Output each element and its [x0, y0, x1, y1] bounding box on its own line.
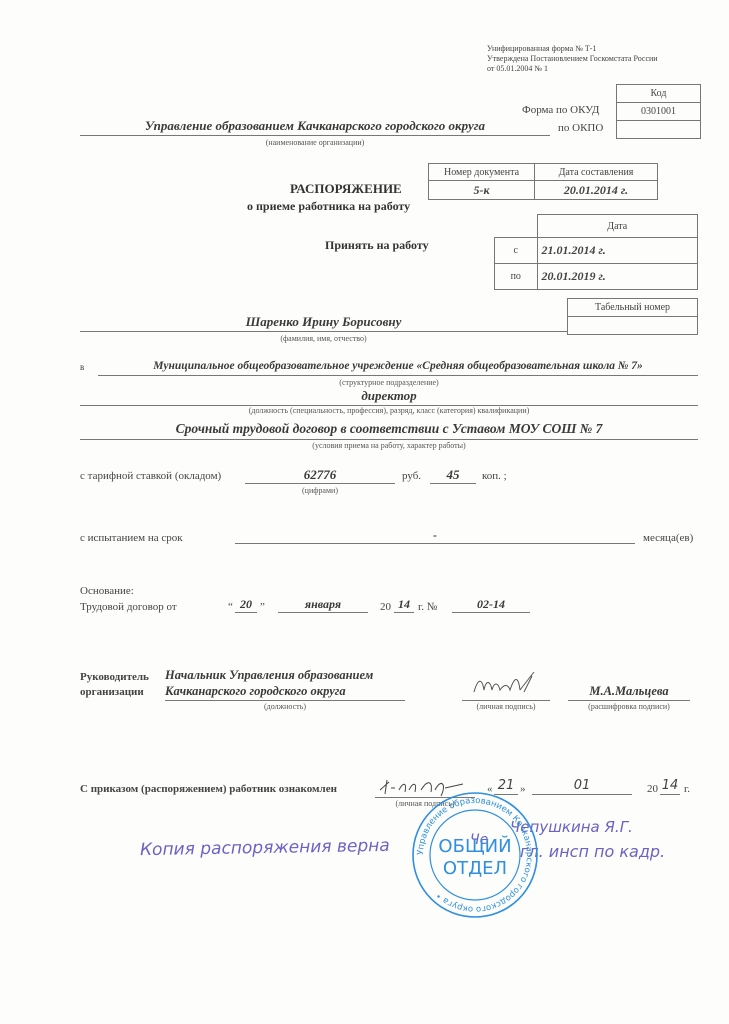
salary-caption: (цифрами): [245, 486, 395, 495]
manager-signature: [462, 684, 550, 701]
doc-date-header: Дата составления: [535, 164, 658, 181]
hire-date-header: Дата: [537, 215, 698, 238]
basis-year: 14: [394, 597, 414, 613]
hire-from-date: 21.01.2014 г.: [537, 238, 698, 264]
hire-dates-table: Дата с 21.01.2014 г. по 20.01.2019 г.: [494, 214, 698, 290]
tab-number-value: [568, 317, 698, 335]
salary-rub-label: руб.: [402, 470, 421, 482]
hire-to-date: 20.01.2019 г.: [537, 264, 698, 290]
stamp: Управление образованием Качканарского го…: [410, 790, 540, 920]
doc-date: 20.01.2014 г.: [535, 181, 658, 200]
form-info: Унифицированная форма № Т-1 Утверждена П…: [487, 44, 658, 74]
handwritten-position: гл. инсп по кадр.: [520, 842, 665, 861]
hire-to-label: по: [495, 264, 538, 290]
form-line-3: от 05.01.2004 № 1: [487, 64, 658, 74]
basis-label: Основание:: [80, 585, 134, 597]
salary-kop: 45: [430, 467, 476, 484]
manager-position-caption: (должность): [165, 702, 405, 711]
stamp-seal-icon: Управление образованием Качканарского го…: [410, 790, 540, 920]
department-in-label: в: [80, 362, 84, 372]
probation-label: с испытанием на срок: [80, 532, 183, 544]
basis-year-prefix: 20: [380, 601, 391, 613]
basis-doc-label: Трудовой договор от: [80, 601, 177, 613]
document-number-table: Номер документа Дата составления 5-к 20.…: [428, 163, 658, 200]
probation-unit: месяца(ев): [643, 532, 693, 544]
ack-month: 01: [532, 778, 632, 795]
okpo-label: по ОКПО: [558, 122, 603, 134]
organization-caption: (наименование организации): [80, 138, 550, 147]
svg-text:ОБЩИЙ: ОБЩИЙ: [438, 835, 511, 857]
ack-year: 14: [660, 778, 680, 795]
position: директор: [80, 388, 698, 406]
manager-position-line2: Качканарского городского округа: [165, 684, 405, 701]
ack-year-prefix: 20: [647, 783, 658, 795]
okpo-value: [617, 121, 701, 139]
document-subtitle: о приеме работника на работу: [247, 199, 410, 214]
employee-name: Шаренко Ирину Борисовну: [80, 314, 567, 332]
hire-from-label: с: [495, 238, 538, 264]
salary-label: с тарифной ставкой (окладом): [80, 470, 221, 482]
manager-name-caption: (расшифровка подписи): [568, 702, 690, 711]
acknowledgement-label: С приказом (распоряжением) работник озна…: [80, 783, 337, 795]
form-line-2: Утверждена Постановлением Госкомстата Ро…: [487, 54, 658, 64]
document-title: РАСПОРЯЖЕНИЕ: [290, 181, 402, 197]
okud-value: 0301001: [617, 103, 701, 121]
manager-label: Руководитель организации: [80, 670, 149, 700]
department: Муниципальное общеобразовательное учрежд…: [98, 360, 698, 376]
manager-position-line1: Начальник Управления образованием: [165, 668, 373, 683]
position-caption: (должность (специальность, профессия), р…: [80, 406, 698, 415]
doc-number-header: Номер документа: [429, 164, 535, 181]
code-header: Код: [617, 85, 701, 103]
ack-year-suffix: г.: [684, 783, 690, 795]
tab-number-header: Табельный номер: [568, 299, 698, 317]
salary-rub: 62776: [245, 467, 395, 484]
basis-month: января: [278, 597, 368, 613]
basis-year-suffix: г. №: [418, 601, 437, 613]
code-table: Код 0301001: [616, 84, 701, 139]
handwritten-copy-note: Копия распоряжения верна: [140, 836, 390, 860]
signature-scribble-icon: [462, 670, 550, 700]
manager-name: М.А.Мальцева: [568, 684, 690, 701]
organization-name: Управление образованием Качканарского го…: [80, 118, 550, 136]
basis-number: 02-14: [452, 597, 530, 613]
hire-label: Принять на работу: [325, 238, 429, 253]
okud-label: Форма по ОКУД: [522, 104, 599, 116]
probation-value: -: [235, 528, 635, 544]
conditions: Срочный трудовой договор в соответствии …: [80, 421, 698, 440]
conditions-caption: (условия приема на работу, характер рабо…: [80, 441, 698, 450]
basis-day: 20: [235, 597, 257, 613]
employee-name-caption: (фамилия, имя, отчество): [80, 334, 567, 343]
department-caption: (структурное подразделение): [80, 378, 698, 387]
salary-kop-label: коп. ;: [482, 470, 507, 482]
svg-text:ОТДЕЛ: ОТДЕЛ: [443, 858, 507, 879]
manager-signature-caption: (личная подпись): [462, 702, 550, 711]
doc-number: 5-к: [429, 181, 535, 200]
tab-number-table: Табельный номер: [567, 298, 698, 335]
form-line-1: Унифицированная форма № Т-1: [487, 44, 658, 54]
